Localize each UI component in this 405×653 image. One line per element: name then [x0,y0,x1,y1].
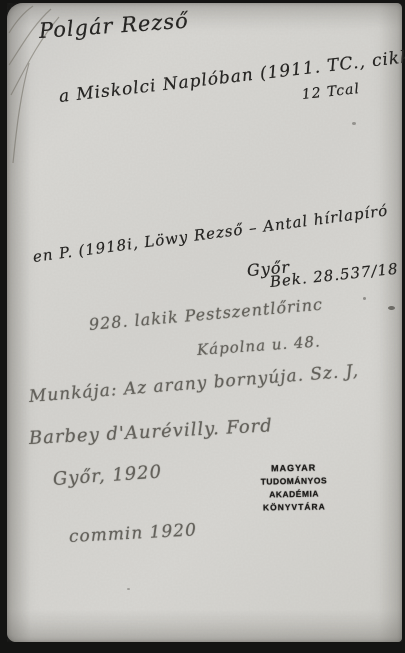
dirt-speck [127,588,130,590]
handwritten-source-note: a Miskolci Naplóban (1911. TC., cikk [58,47,405,107]
handwritten-biography-note: en P. (1918i, Löwy Rezső – Antal hírlapí… [32,201,389,266]
handwritten-works-line2: Barbey d'Aurévilly. Ford [28,415,273,449]
handwritten-owner-name: Polgár Rezső [38,9,189,43]
handwritten-bottom-note: commin 1920 [68,520,197,547]
library-stamp-line3: KÖNYVTÁRA [235,500,353,515]
scanned-page: Polgár Rezső a Miskolci Naplóban (1911. … [0,0,405,653]
handwritten-place-year: Győr, 1920 [52,461,162,490]
dirt-speck [388,306,395,310]
handwritten-address-line1: 928. lakik Pestszentlőrinc [88,295,324,334]
paper-sheet: Polgár Rezső a Miskolci Naplóban (1911. … [7,3,402,642]
library-stamp-line2: TUDOMÁNYOS AKADÉMIA [235,474,353,502]
dirt-speck [363,297,366,300]
library-stamp: MAGYAR TUDOMÁNYOS AKADÉMIA KÖNYVTÁRA [235,461,354,515]
handwritten-source-note-cont: 12 Tcal [301,81,361,103]
handwritten-address-line2: Kápolna u. 48. [196,332,321,359]
dirt-speck [352,122,356,125]
handwritten-works-line1: Munkája: Az arany bornyúja. Sz. J, [28,361,359,407]
